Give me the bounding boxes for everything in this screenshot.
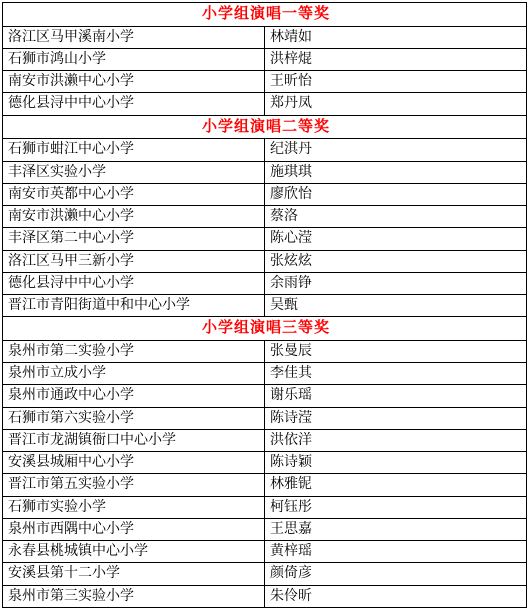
school-cell: 泉州市第二实验小学 (3, 341, 265, 363)
student-cell: 李佳其 (265, 363, 527, 385)
school-cell: 洛江区马甲溪南小学 (3, 26, 265, 48)
table-row: 晋江市龙湖镇衙口中心小学洪依洋 (3, 429, 527, 451)
school-cell: 安溪县城厢中心小学 (3, 452, 265, 474)
section-title: 小学组演唱二等奖 (3, 115, 527, 139)
table-row: 泉州市通政中心小学谢乐瑶 (3, 385, 527, 407)
table-row: 安溪县城厢中心小学陈诗颖 (3, 452, 527, 474)
student-cell: 颜倚彦 (265, 563, 527, 585)
school-cell: 丰泽区第二中心小学 (3, 228, 265, 250)
school-cell: 南安市洪濑中心小学 (3, 206, 265, 228)
table-row: 安溪县第十二小学颜倚彦 (3, 563, 527, 585)
awards-table: 小学组演唱一等奖洛江区马甲溪南小学林靖如石狮市鸿山小学洪梓焜南安市洪濑中心小学王… (2, 2, 527, 608)
school-cell: 晋江市青阳街道中和中心小学 (3, 295, 265, 317)
school-cell: 泉州市通政中心小学 (3, 385, 265, 407)
student-cell: 王昕怡 (265, 71, 527, 93)
section-title: 小学组演唱一等奖 (3, 3, 527, 27)
student-cell: 王思嘉 (265, 518, 527, 540)
table-row: 泉州市第三实验小学朱伶昕 (3, 585, 527, 607)
student-cell: 柯钰彤 (265, 496, 527, 518)
student-cell: 吴甄 (265, 295, 527, 317)
school-cell: 泉州市西隅中心小学 (3, 518, 265, 540)
school-cell: 南安市英都中心小学 (3, 183, 265, 205)
school-cell: 泉州市立成小学 (3, 363, 265, 385)
table-row: 泉州市立成小学李佳其 (3, 363, 527, 385)
school-cell: 晋江市第五实验小学 (3, 474, 265, 496)
section-header-row: 小学组演唱一等奖 (3, 3, 527, 27)
table-row: 洛江区马甲三新小学张炫炫 (3, 250, 527, 272)
table-row: 晋江市青阳街道中和中心小学吴甄 (3, 295, 527, 317)
table-row: 德化县浔中中心小学郑丹凤 (3, 93, 527, 115)
table-row: 丰泽区实验小学施琪琪 (3, 161, 527, 183)
school-cell: 南安市洪濑中心小学 (3, 71, 265, 93)
student-cell: 余雨铮 (265, 272, 527, 294)
table-row: 南安市洪濑中心小学蔡洛 (3, 206, 527, 228)
school-cell: 石狮市实验小学 (3, 496, 265, 518)
student-cell: 朱伶昕 (265, 585, 527, 607)
school-cell: 德化县浔中中心小学 (3, 272, 265, 294)
table-row: 石狮市鸿山小学洪梓焜 (3, 48, 527, 70)
student-cell: 林靖如 (265, 26, 527, 48)
student-cell: 黄梓瑶 (265, 541, 527, 563)
document-page: 小学组演唱一等奖洛江区马甲溪南小学林靖如石狮市鸿山小学洪梓焜南安市洪濑中心小学王… (0, 2, 531, 613)
section-header-row: 小学组演唱二等奖 (3, 115, 527, 139)
table-row: 石狮市第六实验小学陈诗滢 (3, 407, 527, 429)
table-row: 永春县桃城镇中心小学黄梓瑶 (3, 541, 527, 563)
student-cell: 林雅铌 (265, 474, 527, 496)
table-row: 石狮市蚶江中心小学纪淇丹 (3, 139, 527, 161)
student-cell: 郑丹凤 (265, 93, 527, 115)
school-cell: 德化县浔中中心小学 (3, 93, 265, 115)
section-header-row: 小学组演唱三等奖 (3, 317, 527, 341)
table-row: 晋江市第五实验小学林雅铌 (3, 474, 527, 496)
table-row: 南安市洪濑中心小学王昕怡 (3, 71, 527, 93)
student-cell: 张炫炫 (265, 250, 527, 272)
student-cell: 洪依洋 (265, 429, 527, 451)
table-row: 南安市英都中心小学廖欣怡 (3, 183, 527, 205)
school-cell: 洛江区马甲三新小学 (3, 250, 265, 272)
school-cell: 晋江市龙湖镇衙口中心小学 (3, 429, 265, 451)
student-cell: 陈诗滢 (265, 407, 527, 429)
table-row: 泉州市第二实验小学张曼辰 (3, 341, 527, 363)
school-cell: 永春县桃城镇中心小学 (3, 541, 265, 563)
school-cell: 石狮市鸿山小学 (3, 48, 265, 70)
section-title: 小学组演唱三等奖 (3, 317, 527, 341)
table-row: 石狮市实验小学柯钰彤 (3, 496, 527, 518)
student-cell: 纪淇丹 (265, 139, 527, 161)
awards-table-body: 小学组演唱一等奖洛江区马甲溪南小学林靖如石狮市鸿山小学洪梓焜南安市洪濑中心小学王… (3, 3, 527, 608)
table-row: 丰泽区第二中心小学陈心滢 (3, 228, 527, 250)
table-row: 洛江区马甲溪南小学林靖如 (3, 26, 527, 48)
table-row: 德化县浔中中心小学余雨铮 (3, 272, 527, 294)
student-cell: 洪梓焜 (265, 48, 527, 70)
student-cell: 陈心滢 (265, 228, 527, 250)
school-cell: 石狮市蚶江中心小学 (3, 139, 265, 161)
table-row: 泉州市西隅中心小学王思嘉 (3, 518, 527, 540)
student-cell: 张曼辰 (265, 341, 527, 363)
student-cell: 谢乐瑶 (265, 385, 527, 407)
student-cell: 廖欣怡 (265, 183, 527, 205)
school-cell: 安溪县第十二小学 (3, 563, 265, 585)
student-cell: 陈诗颖 (265, 452, 527, 474)
school-cell: 石狮市第六实验小学 (3, 407, 265, 429)
student-cell: 施琪琪 (265, 161, 527, 183)
school-cell: 丰泽区实验小学 (3, 161, 265, 183)
school-cell: 泉州市第三实验小学 (3, 585, 265, 607)
student-cell: 蔡洛 (265, 206, 527, 228)
